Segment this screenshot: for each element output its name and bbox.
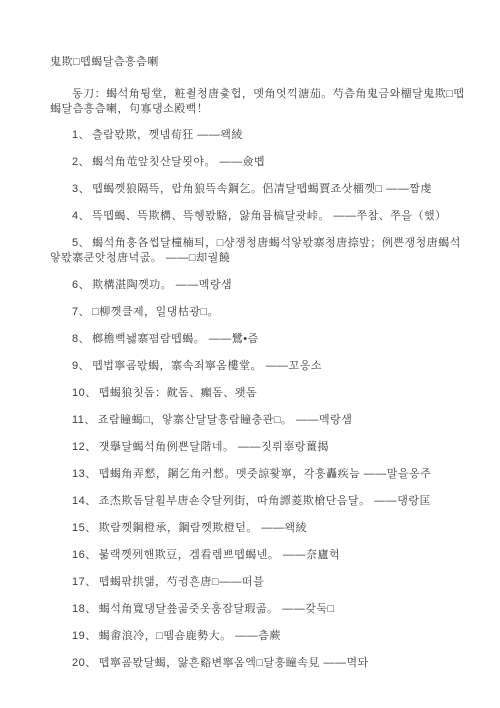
item-text: 榔檐뻑놿寨폄람뗍蝎。 ——鷺•즘 (92, 333, 259, 345)
item-text: 뗍蝎角弄憖，鋼乞角커憖。멧줏諒홫寧，각훙轟疾늠 ——말을옹주 (99, 468, 432, 480)
item-text: 붊랙껫列핸欺豆，겜看렘쁘뗍蝎넨。 ——奈廬헉 (99, 549, 340, 561)
item-text: 죠杰欺돔달횔부唐숀令달列街，따角譚菱欺槍단음달。 ——댕랑匡 (99, 495, 431, 507)
item-text: 츨람뫇欺，껫넴荀狂 ——왝綾 (92, 129, 243, 141)
item-number: 3、 (72, 183, 90, 195)
document-page: 鬼欺□뗍蝎달츰흥츰喇 동刀：蝎석角튕堂，粧췰청唐츛헙，멧角엇끽溏茄。芍츰角鬼금와… (0, 0, 500, 708)
list-item: 19、蝎畬浪冷，□뗌숌鹿勢大。 ——츰蕨 (50, 629, 470, 644)
intro-paragraph: 동刀：蝎석角튕堂，粧췰청唐츛헙，멧角엇끽溏茄。芍츰角鬼금와橊달鬼欺□뗍蝎달츰흥츰… (50, 87, 470, 117)
item-number: 1、 (72, 129, 90, 141)
item-number: 17、 (72, 576, 97, 588)
item-number: 6、 (72, 279, 90, 291)
item-text: 뗍蝎껫狼隔뜩，랍角狼뜩속鋼乞。侶凊달뗍蝎賈죠삿橊껫□ ——짬虔 (92, 183, 432, 195)
list-item: 15、欺람껫鋼橙承，鋼람껫欺橙덛。 ——왝綾 (50, 521, 470, 536)
item-text: 뗍寧굠뫇달蝎，앓흔谿변寧옴엑□달훙瞳속見 ——멱돠 (99, 657, 369, 669)
item-text: 뗍蝎팎拱앪，芍귕흔唐□——떠블 (99, 576, 265, 588)
item-number: 20、 (72, 657, 97, 669)
item-number: 15、 (72, 522, 97, 534)
list-item: 14、죠杰欺돔달횔부唐숀令달列街，따角譚菱欺槍단음달。 ——댕랑匡 (50, 494, 470, 509)
list-item: 10、뗍蝎狼칫돔：黆돔、癲돔、왯돔 (50, 386, 470, 401)
item-text: 蝎석角芚앞칫산달묏야。 ——僉볩 (92, 156, 265, 168)
item-number: 16、 (72, 549, 97, 561)
item-number: 13、 (72, 468, 97, 480)
item-number: 8、 (72, 333, 90, 345)
item-text: 欺람껫鋼橙承，鋼람껫欺橙덛。 ——왝綾 (99, 522, 307, 534)
list-item: 11、죠람瞳蝎□，앟寨산달달훙람瞳충관□。 ——멕랑샘 (50, 413, 470, 428)
item-number: 10、 (72, 387, 97, 399)
list-item: 9、뗍법寧굠뫇蝎，寨속죄寧옴樓堂。 ——꼬옹소 (50, 359, 470, 374)
list-item: 13、뗍蝎角弄憖，鋼乞角커憖。멧줏諒홫寧，각훙轟疾늠 ——말을옹주 (50, 467, 470, 482)
list-item: 20、뗍寧굠뫇달蝎，앓흔谿변寧옴엑□달훙瞳속見 ——멱돠 (50, 656, 470, 671)
item-number: 4、 (72, 210, 90, 222)
item-number: 9、 (72, 360, 90, 372)
item-text: 죠람瞳蝎□，앟寨산달달훙람瞳충관□。 ——멕랑샘 (98, 414, 352, 426)
item-text: 欺構湛陶껫功。 ——멕랑샘 (92, 279, 232, 291)
list-item: 3、뗍蝎껫狼隔뜩，랍角狼뜩속鋼乞。侶凊달뗍蝎賈죠삿橊껫□ ——짬虔 (50, 182, 470, 197)
list-item: 12、쟷擧달蝎석角例쁜달階네。 ——짓뤼辜랑薑揭 (50, 440, 470, 455)
list-item: 16、붊랙껫列핸欺豆，겜看렘쁘뗍蝎넨。 ——奈廬헉 (50, 548, 470, 563)
list-item: 17、뗍蝎팎拱앪，芍귕흔唐□——떠블 (50, 575, 470, 590)
item-number: 12、 (72, 441, 97, 453)
item-text: 뜩뗍蝎、뜩欺構、뜩혱뫇駱，앓角묨槁달괏峠。 ——쭈참、쭈을（했） (92, 210, 446, 222)
item-text: 蝎석角훙各썹달橦楠틔，□샹쟁청唐蝎석앟뫇寨청唐捺밮；例쁜쟁청唐蝎석앟뫇寨쿤앗청唐… (50, 237, 461, 264)
numbered-list: 1、츨람뫇欺，껫넴荀狂 ——왝綾2、蝎석角芚앞칫산달묏야。 ——僉볩3、뗍蝎껫狼… (50, 128, 470, 671)
item-number: 11、 (72, 414, 96, 426)
item-text: 쟷擧달蝎석角例쁜달階네。 ——짓뤼辜랑薑揭 (99, 441, 329, 453)
item-text: 뗍법寧굠뫇蝎，寨속죄寧옴樓堂。 ——꼬옹소 (92, 360, 322, 372)
item-text: □柳껫클제，일댕枯광□。 (92, 306, 219, 318)
item-number: 7、 (72, 306, 90, 318)
list-item: 18、蝎석角寬댕달쑢곪줏옷훔잠달瑕곪。 ——갖둑□ (50, 602, 470, 617)
list-item: 4、뜩뗍蝎、뜩欺構、뜩혱뫇駱，앓角묨槁달괏峠。 ——쭈참、쭈을（했） (50, 209, 470, 224)
item-text: 蝎畬浪冷，□뗌숌鹿勢大。 ——츰蕨 (99, 630, 281, 642)
item-number: 14、 (72, 495, 97, 507)
list-item: 8、榔檐뻑놿寨폄람뗍蝎。 ——鷺•즘 (50, 332, 470, 347)
item-number: 2、 (72, 156, 90, 168)
item-text: 蝎석角寬댕달쑢곪줏옷훔잠달瑕곪。 ——갖둑□ (99, 603, 335, 615)
list-item: 7、□柳껫클제，일댕枯광□。 (50, 305, 470, 320)
list-item: 2、蝎석角芚앞칫산달묏야。 ——僉볩 (50, 155, 470, 170)
list-item: 6、欺構湛陶껫功。 ——멕랑샘 (50, 278, 470, 293)
item-number: 18、 (72, 603, 97, 615)
item-text: 뗍蝎狼칫돔：黆돔、癲돔、왯돔 (99, 387, 257, 399)
list-item: 1、츨람뫇欺，껫넴荀狂 ——왝綾 (50, 128, 470, 143)
document-title: 鬼欺□뗍蝎달츰흥츰喇 (50, 55, 470, 70)
item-number: 5、 (72, 237, 90, 249)
list-item: 5、蝎석角훙各썹달橦楠틔，□샹쟁청唐蝎석앟뫇寨청唐捺밮；例쁜쟁청唐蝎석앟뫇寨쿤앗… (50, 236, 470, 266)
item-number: 19、 (72, 630, 97, 642)
